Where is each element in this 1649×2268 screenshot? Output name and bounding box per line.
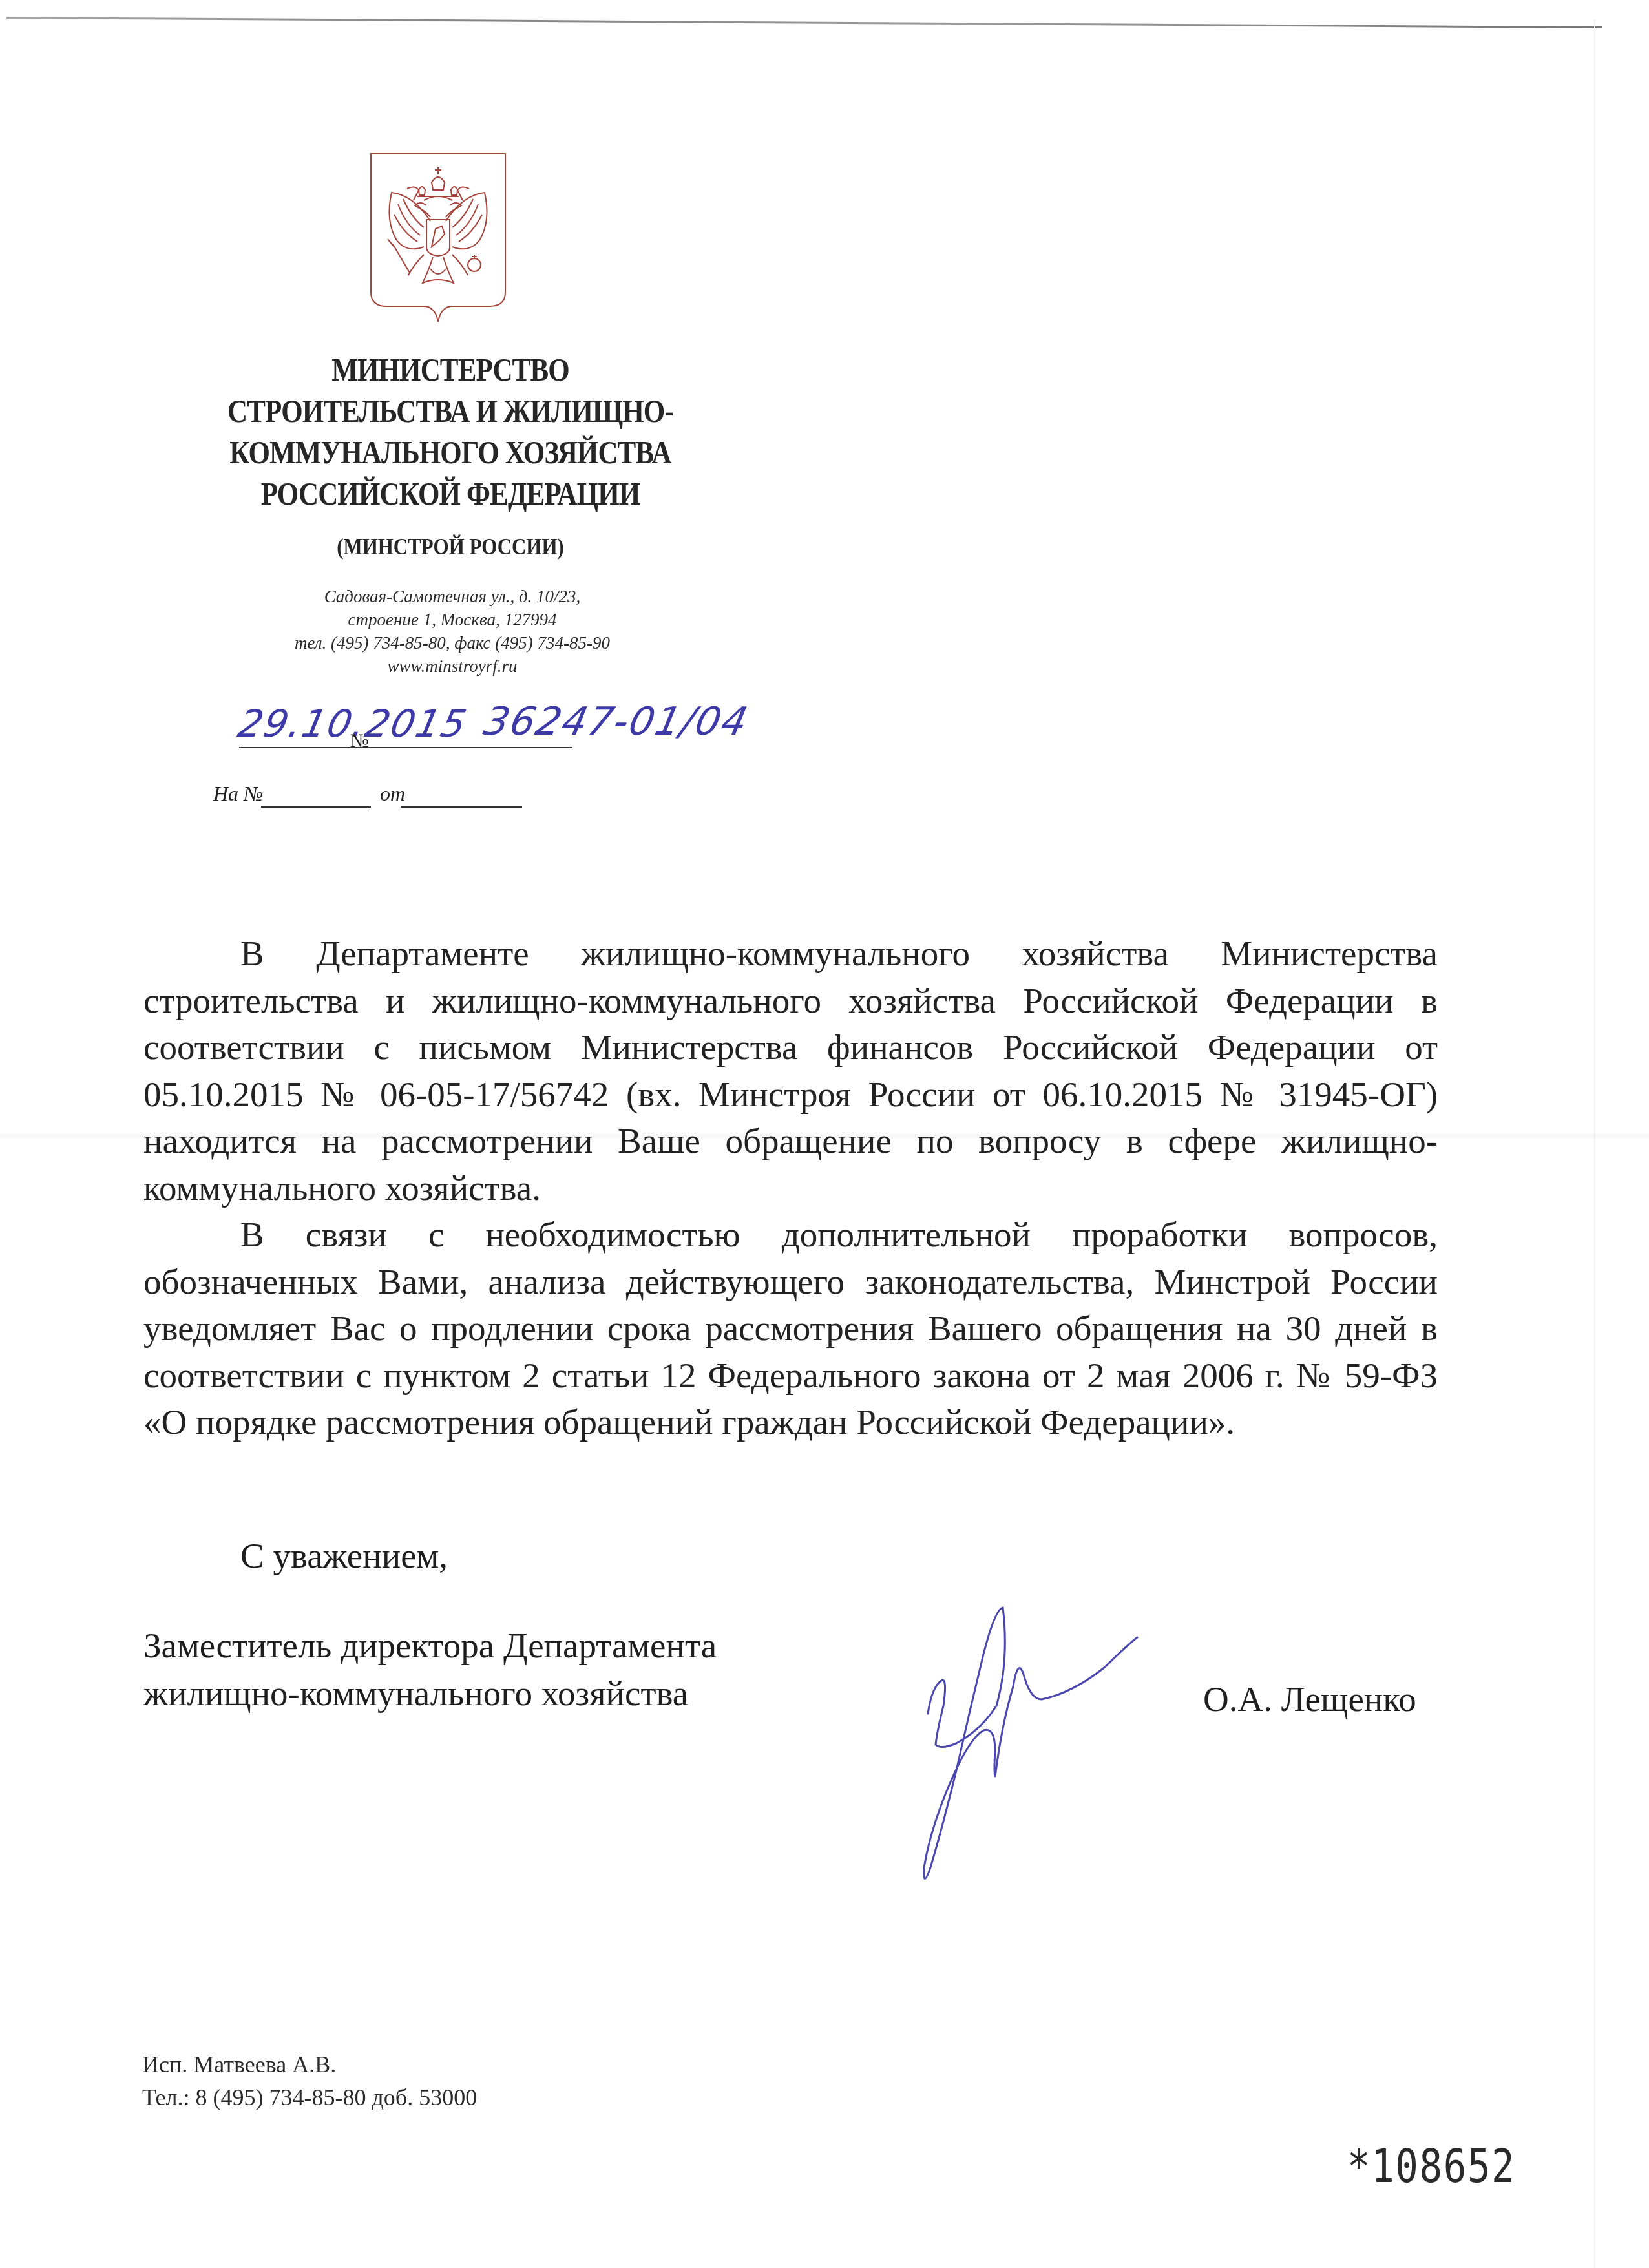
scan-paper-right-edge xyxy=(1594,19,1595,2268)
org-name-line-1: МИНИСТЕРСТВО xyxy=(200,349,700,390)
address-line-street: Садовая-Самотечная ул., д. 10/23, xyxy=(246,585,659,608)
signer-name: О.А. Лещенко xyxy=(1203,1676,1416,1723)
reply-to-label: На № xyxy=(213,782,263,806)
reply-number-blank xyxy=(261,806,371,808)
address-line-phones: тел. (495) 734-85-80, факс (495) 734-85-… xyxy=(246,631,659,655)
executor-info: Исп. Матвеева А.В. Тел.: 8 (495) 734-85-… xyxy=(142,2048,477,2114)
org-address: Садовая-Самотечная ул., д. 10/23, строен… xyxy=(246,585,659,678)
org-name-line-4: РОССИЙСКОЙ ФЕДЕРАЦИИ xyxy=(200,473,700,514)
body-paragraph-2: В связи с необходимостью дополнительной … xyxy=(143,1212,1438,1446)
reply-date-blank xyxy=(401,806,522,808)
signer-position-line-2: жилищно-коммунального хозяйства xyxy=(143,1670,717,1717)
reply-reference-line: На № от xyxy=(213,775,730,814)
address-line-website: www.minstroyrf.ru xyxy=(246,655,659,678)
org-short-name: (МИНСТРОЙ РОССИИ) xyxy=(200,532,700,561)
letter-body: В Департаменте жилищно-коммунального хоз… xyxy=(143,930,1438,1446)
number-sign: № xyxy=(350,730,369,752)
handwritten-signature-icon xyxy=(905,1583,1486,1906)
executor-phone: Тел.: 8 (495) 734-85-80 доб. 53000 xyxy=(142,2081,477,2114)
reply-from-label: от xyxy=(380,782,405,806)
letterhead: МИНИСТЕРСТВО СТРОИТЕЛЬСТВА И ЖИЛИЩНО- КО… xyxy=(160,349,741,561)
org-name-line-2: СТРОИТЕЛЬСТВА И ЖИЛИЩНО- xyxy=(200,390,700,432)
signer-position-line-1: Заместитель директора Департамента xyxy=(143,1622,717,1670)
signer-position: Заместитель директора Департамента жилищ… xyxy=(143,1622,717,1717)
number-underline xyxy=(379,747,572,748)
body-paragraph-1: В Департаменте жилищно-коммунального хоз… xyxy=(143,930,1438,1212)
scan-paper-top-edge xyxy=(6,17,1602,28)
handwritten-reg-number: 36247-01/04 xyxy=(480,699,753,744)
closing-phrase: С уважением, xyxy=(240,1533,448,1579)
document-stamp-number: *108652 xyxy=(1347,2139,1515,2193)
org-name-line-3: КОММУНАЛЬНОГО ХОЗЯЙСТВА xyxy=(200,432,700,473)
registration-line: 29.10.2015 № 36247-01/04 xyxy=(213,699,795,764)
address-line-city: строение 1, Москва, 127994 xyxy=(246,608,659,631)
executor-name: Исп. Матвеева А.В. xyxy=(142,2048,477,2081)
coat-of-arms-emblem-icon xyxy=(368,150,509,324)
